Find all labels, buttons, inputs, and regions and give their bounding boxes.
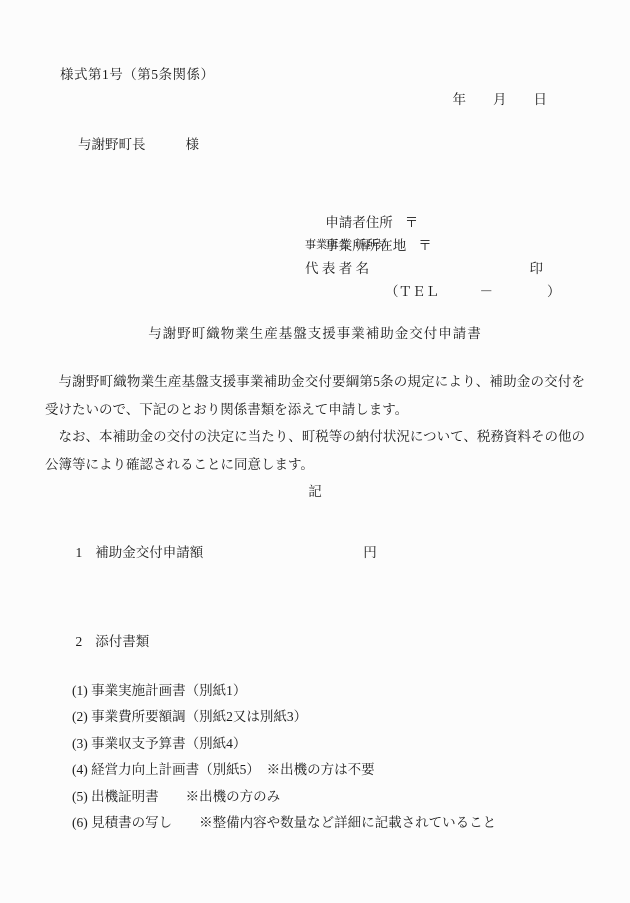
applicant-block: 申請者住所〒 事業所所在地〒 事業所名（屋号） 代 表 者 名 印 （ＴＥＬ －… [305,188,543,303]
section-number: 1 [76,545,83,560]
section-number: 2 [76,634,83,649]
body-text: 与謝野町織物業生産基盤支援事業補助金交付要綱第5条の規定により、補助金の交付を受… [45,368,585,506]
representative-line: 代 表 者 名 印 [305,257,543,280]
applicant-address-label: 申請者住所 [325,215,393,230]
tel-line: （ＴＥＬ － ） [305,280,543,303]
document-title: 与謝野町織物業生産基盤支援事業補助金交付申請書 [45,325,585,343]
attachments-list: (1) 事業実施計画書（別紙1） (2) 事業費所要額調（別紙2又は別紙3） (… [72,678,585,837]
ki-label: 記 [45,478,585,506]
attachment-item: (3) 事業収支予算書（別紙4） [72,731,585,758]
postal-mark: 〒 [405,215,419,230]
attachment-item: (6) 見積書の写し ※整備内容や数量など詳細に記載されていること [72,810,585,837]
section-label: 添付書類 [95,634,149,649]
postal-mark: 〒 [418,238,432,253]
representative-label: 代 表 者 名 [305,257,369,280]
addressee-name: 与謝野町長 [78,137,146,152]
document-page: 様式第1号（第5条関係） 年 月 日 与謝野町長様 申請者住所〒 事業所所在地〒… [0,0,630,903]
attachment-item: (4) 経営力向上計画書（別紙5） ※出機の方は不要 [72,757,585,784]
section-label: 補助金交付申請額 [95,545,203,560]
section-application-amount: 1補助金交付申請額円 [62,526,585,580]
currency-unit: 円 [363,545,377,560]
body-paragraph: なお、本補助金の交付の決定に当たり、町税等の納付状況について、税務資料その他の公… [45,423,585,478]
attachment-item: (1) 事業実施計画書（別紙1） [72,678,585,705]
body-paragraph: 与謝野町織物業生産基盤支援事業補助金交付要綱第5条の規定により、補助金の交付を受… [45,368,585,423]
seal-mark: 印 [530,257,544,280]
section-attachments: 2添付書類 [62,615,585,669]
attachment-item: (5) 出機証明書 ※出機の方のみ [72,784,585,811]
addressee-honorific: 様 [186,137,200,152]
date-line: 年 月 日 [45,91,585,109]
applicant-address-line: 申請者住所〒 [305,188,543,211]
addressee-line: 与謝野町長様 [78,136,585,154]
form-number: 様式第1号（第5条関係） [60,66,585,84]
attachment-item: (2) 事業費所要額調（別紙2又は別紙3） [72,704,585,731]
